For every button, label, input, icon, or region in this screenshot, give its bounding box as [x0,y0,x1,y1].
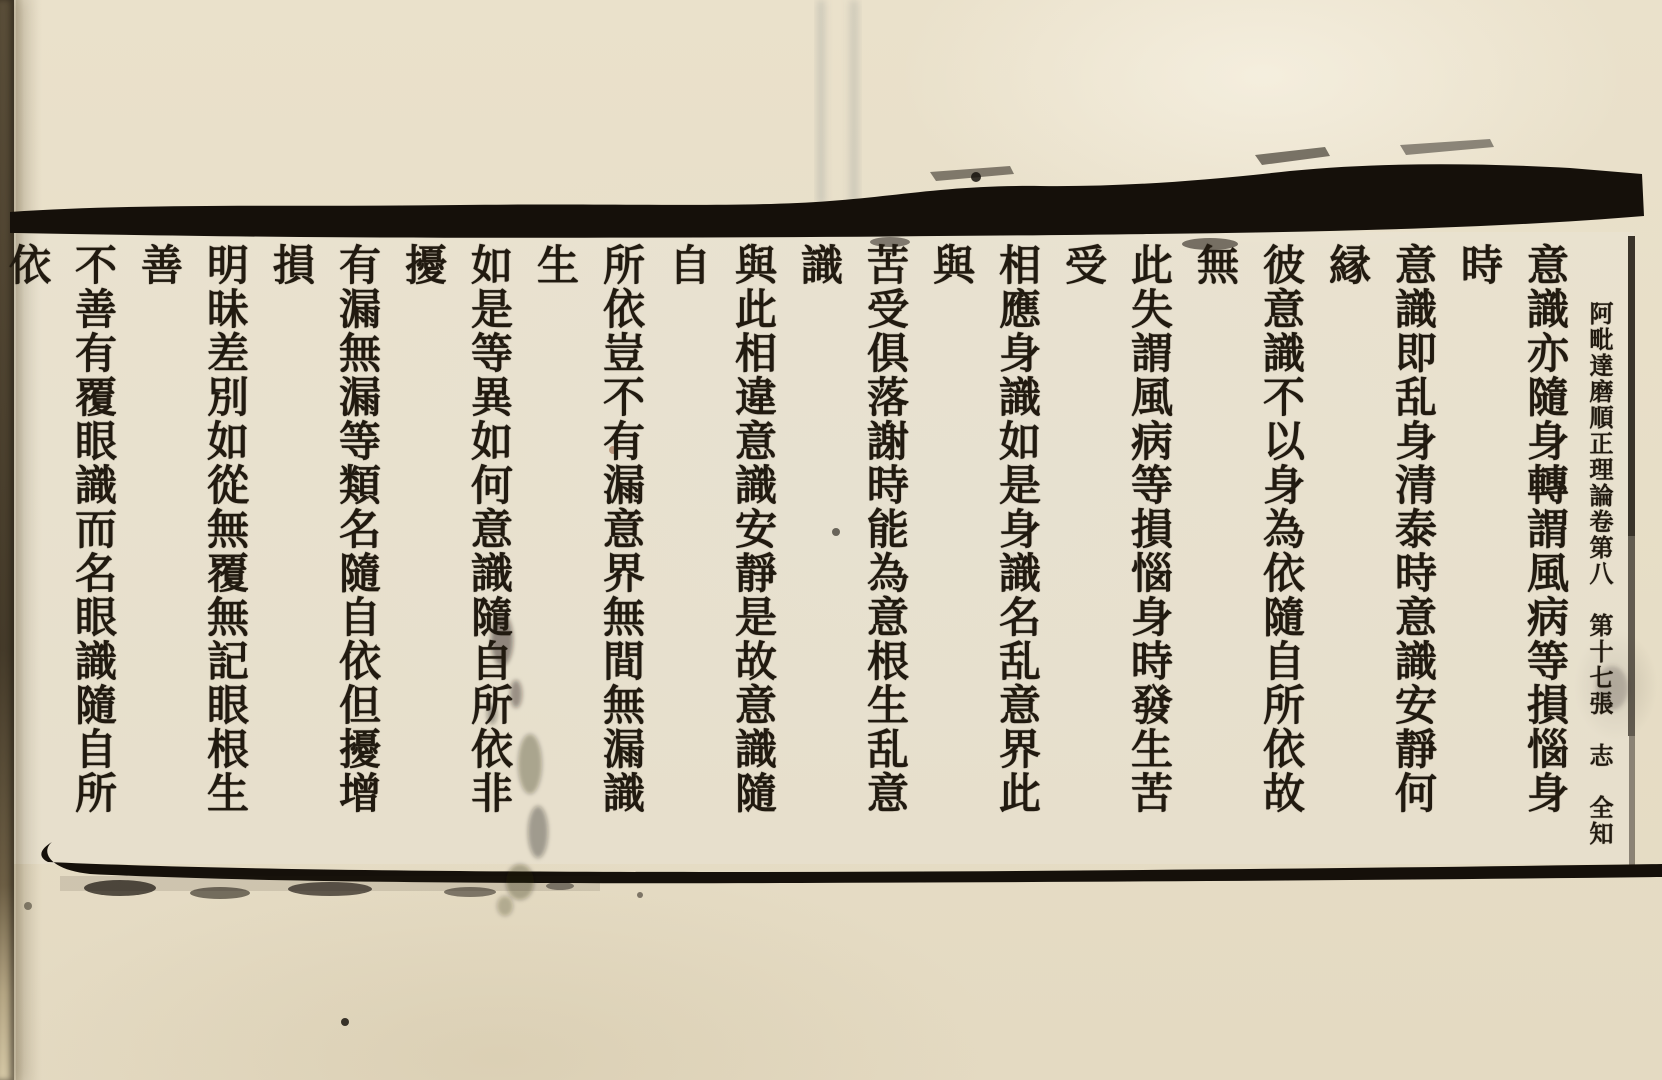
marginal-title-column: 阿毗達磨順正理論卷第八 第十七張 志 全知 [1578,243,1620,857]
text-column: 不善有覆眼識而名眼識隨自所依 [0,243,126,857]
text-block: 阿毗達磨順正理論卷第八 第十七張 志 全知 意識亦隨身轉謂風病等損惱身時 意識即… [0,243,1620,857]
text-column: 意識亦隨身轉謂風病等損惱身時 [1446,243,1578,857]
text-column: 明昧差別如從無覆無記眼根生善 [126,243,258,857]
text-column: 有漏無漏等類名隨自依但擾增損 [258,243,390,857]
text-column: 與此相違意識安靜是故意識隨自 [654,243,786,857]
text-column: 此失謂風病等損惱身時發生苦受 [1050,243,1182,857]
text-column: 如是等異如何意識隨自所依非擾 [390,243,522,857]
text-column: 彼意識不以身為依隨自所依故無 [1182,243,1314,857]
scanned-page: 阿毗達磨順正理論卷第八 第十七張 志 全知 意識亦隨身轉謂風病等損惱身時 意識即… [0,0,1662,1080]
text-column: 意識即乱身清泰時意識安靜何縁 [1314,243,1446,857]
text-column: 相應身識如是身識名乱意界此與 [918,243,1050,857]
fold-crease [818,0,858,205]
text-column: 所依豈不有漏意界無間無漏識生 [522,243,654,857]
text-column: 苦受俱落謝時能為意根生乱意識 [786,243,918,857]
